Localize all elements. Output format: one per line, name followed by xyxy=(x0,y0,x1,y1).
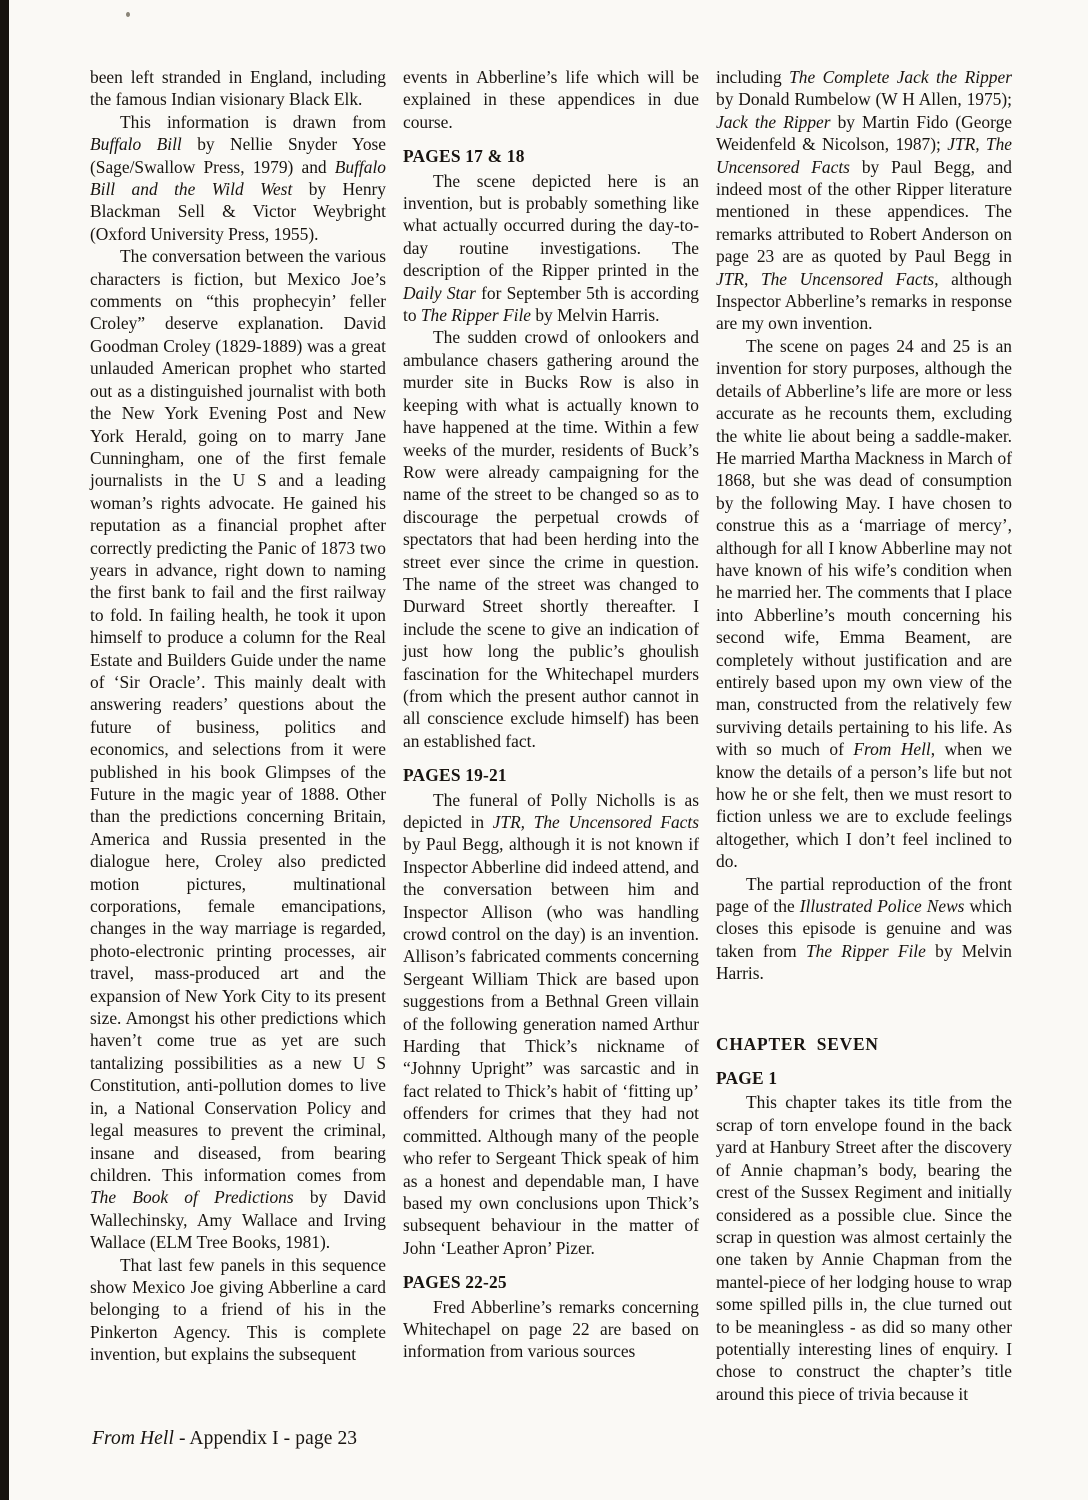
paragraph: The conversation between the various cha… xyxy=(90,245,386,1253)
scan-edge-artifact xyxy=(0,0,9,1500)
paragraph: events in Abberline’s life which will be… xyxy=(403,66,699,133)
page-footer: From Hell - Appendix I - page 23 xyxy=(92,1428,357,1450)
section-heading: PAGE 1 xyxy=(716,1067,1012,1089)
paragraph: That last few panels in this sequence sh… xyxy=(90,1254,386,1366)
paragraph: The sudden crowd of onlookers and ambula… xyxy=(403,326,699,752)
section-heading: PAGES 17 & 18 xyxy=(403,145,699,167)
paragraph: The scene depicted here is an invention,… xyxy=(403,170,699,327)
footer-book-title: From Hell xyxy=(92,1428,174,1449)
section-heading: PAGES 19-21 xyxy=(403,764,699,786)
paragraph: been left stranded in England, including… xyxy=(90,66,386,111)
paragraph: including The Complete Jack the Ripper b… xyxy=(716,66,1012,335)
chapter-heading: CHAPTER SEVEN xyxy=(716,1033,1012,1055)
paragraph: Fred Abberline’s remarks concerning Whit… xyxy=(403,1296,699,1363)
paragraph: The partial reproduction of the front pa… xyxy=(716,873,1012,985)
paragraph: The funeral of Polly Nicholls is as depi… xyxy=(403,789,699,1260)
paragraph: This chapter takes its title from the sc… xyxy=(716,1091,1012,1405)
section-heading: PAGES 22-25 xyxy=(403,1271,699,1293)
page-body: been left stranded in England, including… xyxy=(90,66,1012,1405)
text-column-2: events in Abberline’s life which will be… xyxy=(403,66,699,1405)
text-column-1: been left stranded in England, including… xyxy=(90,66,386,1405)
paragraph: The scene on pages 24 and 25 is an inven… xyxy=(716,335,1012,873)
scan-speck-artifact xyxy=(126,12,130,17)
footer-page-label: - Appendix I - page 23 xyxy=(174,1428,357,1449)
text-column-3: including The Complete Jack the Ripper b… xyxy=(716,66,1012,1405)
paragraph: This information is drawn from Buffalo B… xyxy=(90,111,386,245)
